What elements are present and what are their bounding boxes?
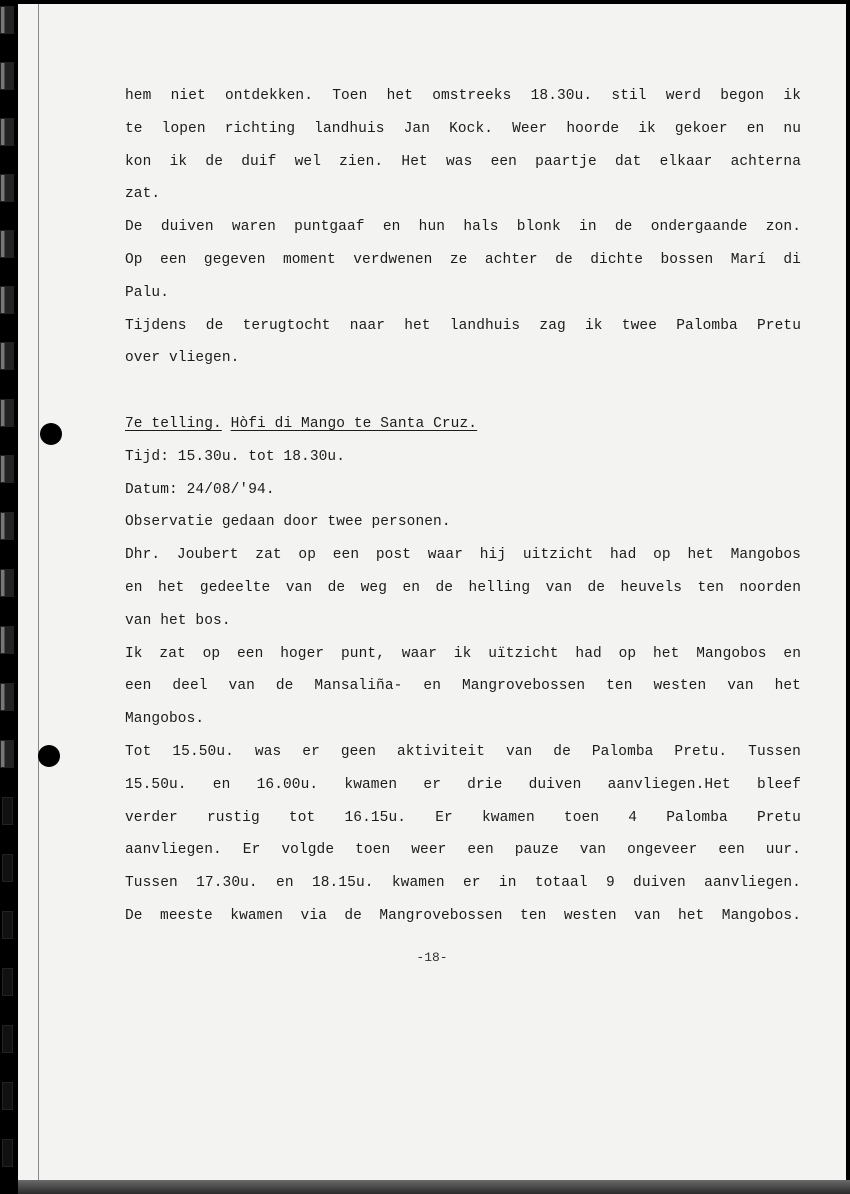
scan-bottom-edge bbox=[18, 1180, 850, 1194]
observation-date: Datum: 24/08/'94. bbox=[125, 474, 801, 507]
text-line: Palu. bbox=[125, 277, 801, 310]
binding-ring-icon bbox=[0, 342, 14, 370]
binding-ring-icon bbox=[0, 455, 14, 483]
text-line: Op een gegeven moment verdwenen ze achte… bbox=[125, 244, 801, 277]
binding-ring-icon bbox=[2, 1082, 13, 1110]
text-line: Tussen 17.30u. en 18.15u. kwamen er in t… bbox=[125, 867, 801, 900]
section-heading-number: 7e telling. bbox=[125, 416, 222, 432]
text-line: verder rustig tot 16.15u. Er kwamen toen… bbox=[125, 802, 801, 835]
document-body: hem niet ontdekken. Toen het omstreeks 1… bbox=[125, 80, 801, 933]
text-line: van het bos. bbox=[125, 605, 801, 638]
text-line: Ik zat op een hoger punt, waar ik uïtzic… bbox=[125, 638, 801, 671]
binding-ring-icon bbox=[0, 6, 14, 34]
text-line: Dhr. Joubert zat op een post waar hij ui… bbox=[125, 539, 801, 572]
binding-ring-icon bbox=[0, 174, 14, 202]
text-line: kon ik de duif wel zien. Het was een paa… bbox=[125, 146, 801, 179]
binding-ring-icon bbox=[0, 230, 14, 258]
binding-ring-icon bbox=[0, 512, 14, 540]
binding-spine bbox=[38, 4, 39, 1184]
binding-ring-icon bbox=[0, 569, 14, 597]
punch-hole-icon bbox=[40, 423, 62, 445]
binding-ring-icon bbox=[0, 626, 14, 654]
binding-ring-icon bbox=[2, 968, 13, 996]
text-line: De duiven waren puntgaaf en hun hals blo… bbox=[125, 211, 801, 244]
text-line: aanvliegen. Er volgde toen weer een pauz… bbox=[125, 834, 801, 867]
binding-ring-icon bbox=[2, 911, 13, 939]
observation-observers: Observatie gedaan door twee personen. bbox=[125, 506, 801, 539]
binding-ring-icon bbox=[0, 740, 14, 768]
text-line: 15.50u. en 16.00u. kwamen er drie duiven… bbox=[125, 769, 801, 802]
text-line: Tot 15.50u. was er geen aktiviteit van d… bbox=[125, 736, 801, 769]
text-line: Tijdens de terugtocht naar het landhuis … bbox=[125, 310, 801, 343]
section-heading-location: Hòfi di Mango te Santa Cruz. bbox=[231, 416, 477, 432]
text-line: te lopen richting landhuis Jan Kock. Wee… bbox=[125, 113, 801, 146]
blank-line bbox=[125, 375, 801, 408]
section-heading: 7e telling. Hòfi di Mango te Santa Cruz. bbox=[125, 408, 801, 441]
binding-ring-icon bbox=[2, 854, 13, 882]
page-number: -18- bbox=[18, 950, 846, 965]
text-line: hem niet ontdekken. Toen het omstreeks 1… bbox=[125, 80, 801, 113]
text-line: over vliegen. bbox=[125, 342, 801, 375]
text-line: een deel van de Mansaliña- en Mangrovebo… bbox=[125, 670, 801, 703]
text-line: en het gedeelte van de weg en de helling… bbox=[125, 572, 801, 605]
binding-ring-icon bbox=[0, 286, 14, 314]
binding-ring-icon bbox=[0, 62, 14, 90]
binding-ring-icon bbox=[2, 1139, 13, 1167]
binding-ring-icon bbox=[0, 399, 14, 427]
binding-ring-icon bbox=[0, 683, 14, 711]
punch-hole-icon bbox=[38, 745, 60, 767]
text-line: Mangobos. bbox=[125, 703, 801, 736]
binding-ring-icon bbox=[0, 118, 14, 146]
binding-ring-icon bbox=[2, 1025, 13, 1053]
binding-ring-icon bbox=[2, 797, 13, 825]
text-line: zat. bbox=[125, 178, 801, 211]
text-line: De meeste kwamen via de Mangrovebossen t… bbox=[125, 900, 801, 933]
observation-time: Tijd: 15.30u. tot 18.30u. bbox=[125, 441, 801, 474]
